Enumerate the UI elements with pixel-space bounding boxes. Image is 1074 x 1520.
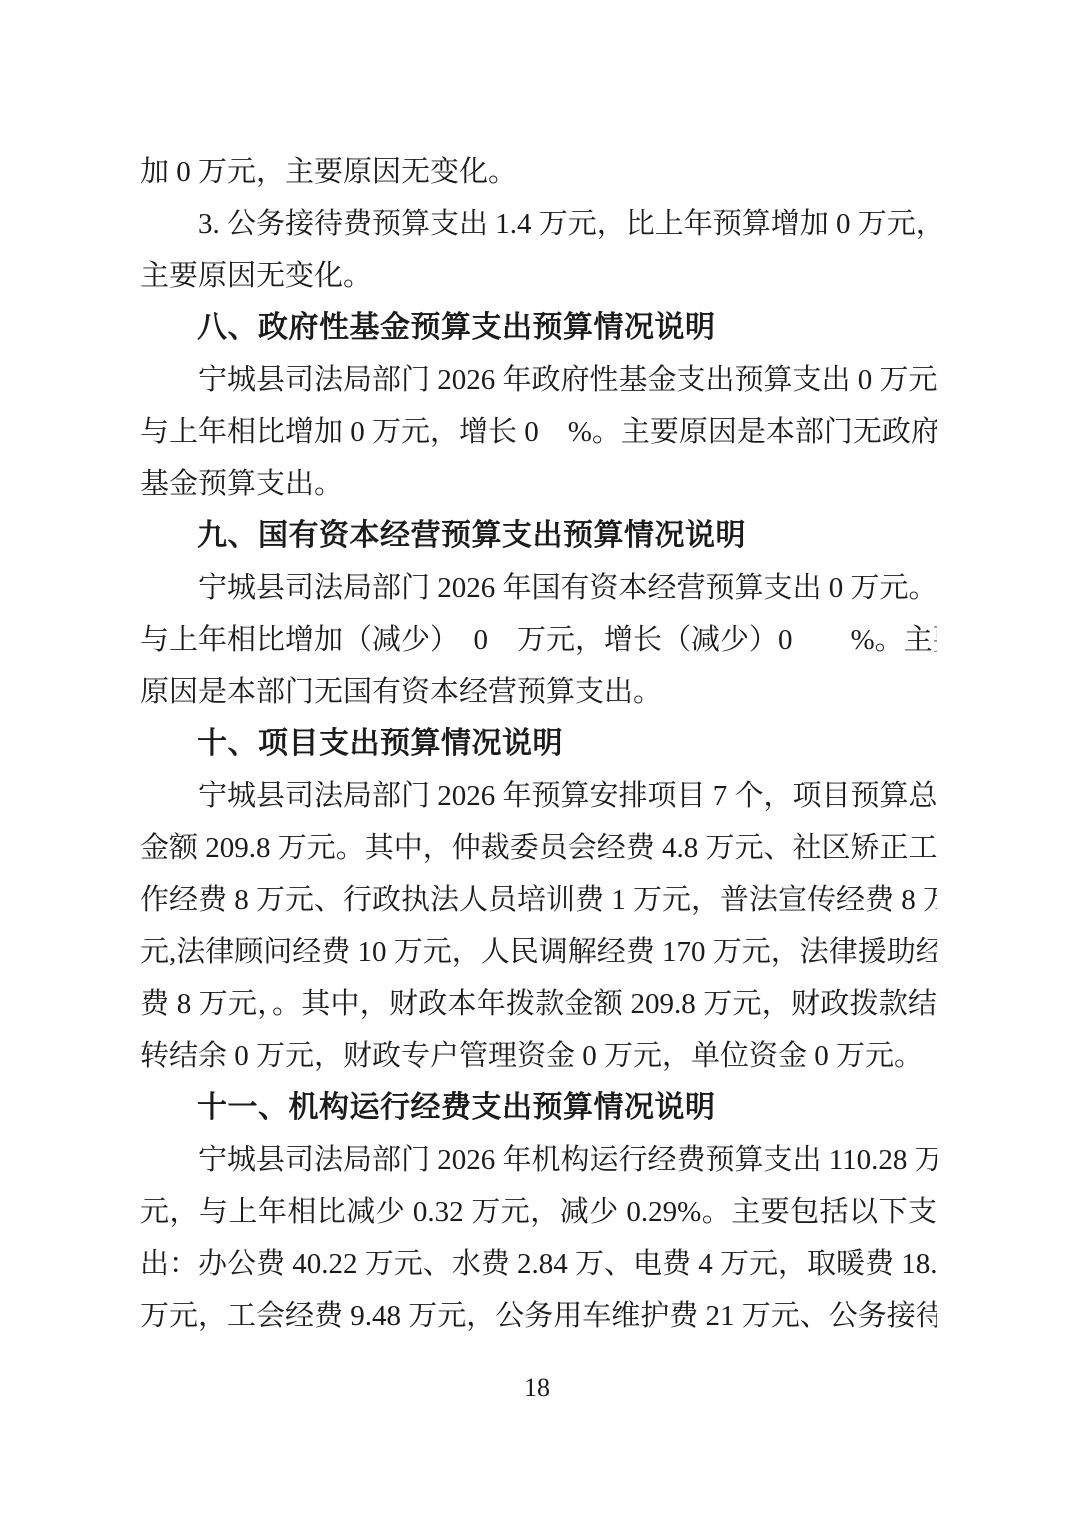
body-text-line: 与上年相比增加（减少） 0 万元，增长（减少）0 %。主要 [140,614,937,666]
section-heading-8: 八、政府性基金预算支出预算情况说明 [140,302,937,354]
body-text-line: 基金预算支出。 [140,458,937,510]
body-text-line: 加 0 万元，主要原因无变化。 [140,146,937,198]
body-text-line: 宁城县司法局部门 2026 年预算安排项目 7 个，项目预算总 [140,770,937,822]
body-text-line: 宁城县司法局部门 2026 年政府性基金支出预算支出 0 万元。 [140,354,937,406]
body-text-line: 宁城县司法局部门 2026 年机构运行经费预算支出 110.28 万 [140,1134,937,1186]
body-text-line: 作经费 8 万元、行政执法人员培训费 1 万元，普法宣传经费 8 万 [140,874,937,926]
body-text-line: 元，与上年相比减少 0.32 万元，减少 0.29%。主要包括以下支 [140,1186,937,1238]
body-text-line: 原因是本部门无国有资本经营预算支出。 [140,666,937,718]
body-text-line: 金额 209.8 万元。其中，仲裁委员会经费 4.8 万元、社区矫正工 [140,822,937,874]
body-text-line: 元,法律顾问经费 10 万元，人民调解经费 170 万元，法律援助经 [140,926,937,978]
body-text-line: 出：办公费 40.22 万元、水费 2.84 万、电费 4 万元，取暖费 18.… [140,1238,937,1290]
body-text-line: 与上年相比增加 0 万元，增长 0 %。主要原因是本部门无政府性 [140,406,937,458]
body-text-line: 费 8 万元，。其中，财政本年拨款金额 209.8 万元，财政拨款结 [140,978,937,1030]
section-heading-11: 十一、机构运行经费支出预算情况说明 [140,1082,937,1134]
body-text-line: 宁城县司法局部门 2026 年国有资本经营预算支出 0 万元。 [140,562,937,614]
document-page: 加 0 万元，主要原因无变化。 3. 公务接待费预算支出 1.4 万元，比上年预… [0,0,1074,1520]
document-body: 加 0 万元，主要原因无变化。 3. 公务接待费预算支出 1.4 万元，比上年预… [140,146,937,1342]
body-text-line: 主要原因无变化。 [140,250,937,302]
section-heading-10: 十、项目支出预算情况说明 [140,718,937,770]
body-text-line: 转结余 0 万元，财政专户管理资金 0 万元，单位资金 0 万元。 [140,1030,937,1082]
body-text-line: 万元，工会经费 9.48 万元，公务用车维护费 21 万元、公务接待 [140,1290,937,1342]
body-text-line: 3. 公务接待费预算支出 1.4 万元，比上年预算增加 0 万元， [140,198,937,250]
section-heading-9: 九、国有资本经营预算支出预算情况说明 [140,510,937,562]
page-number: 18 [0,1368,1074,1408]
